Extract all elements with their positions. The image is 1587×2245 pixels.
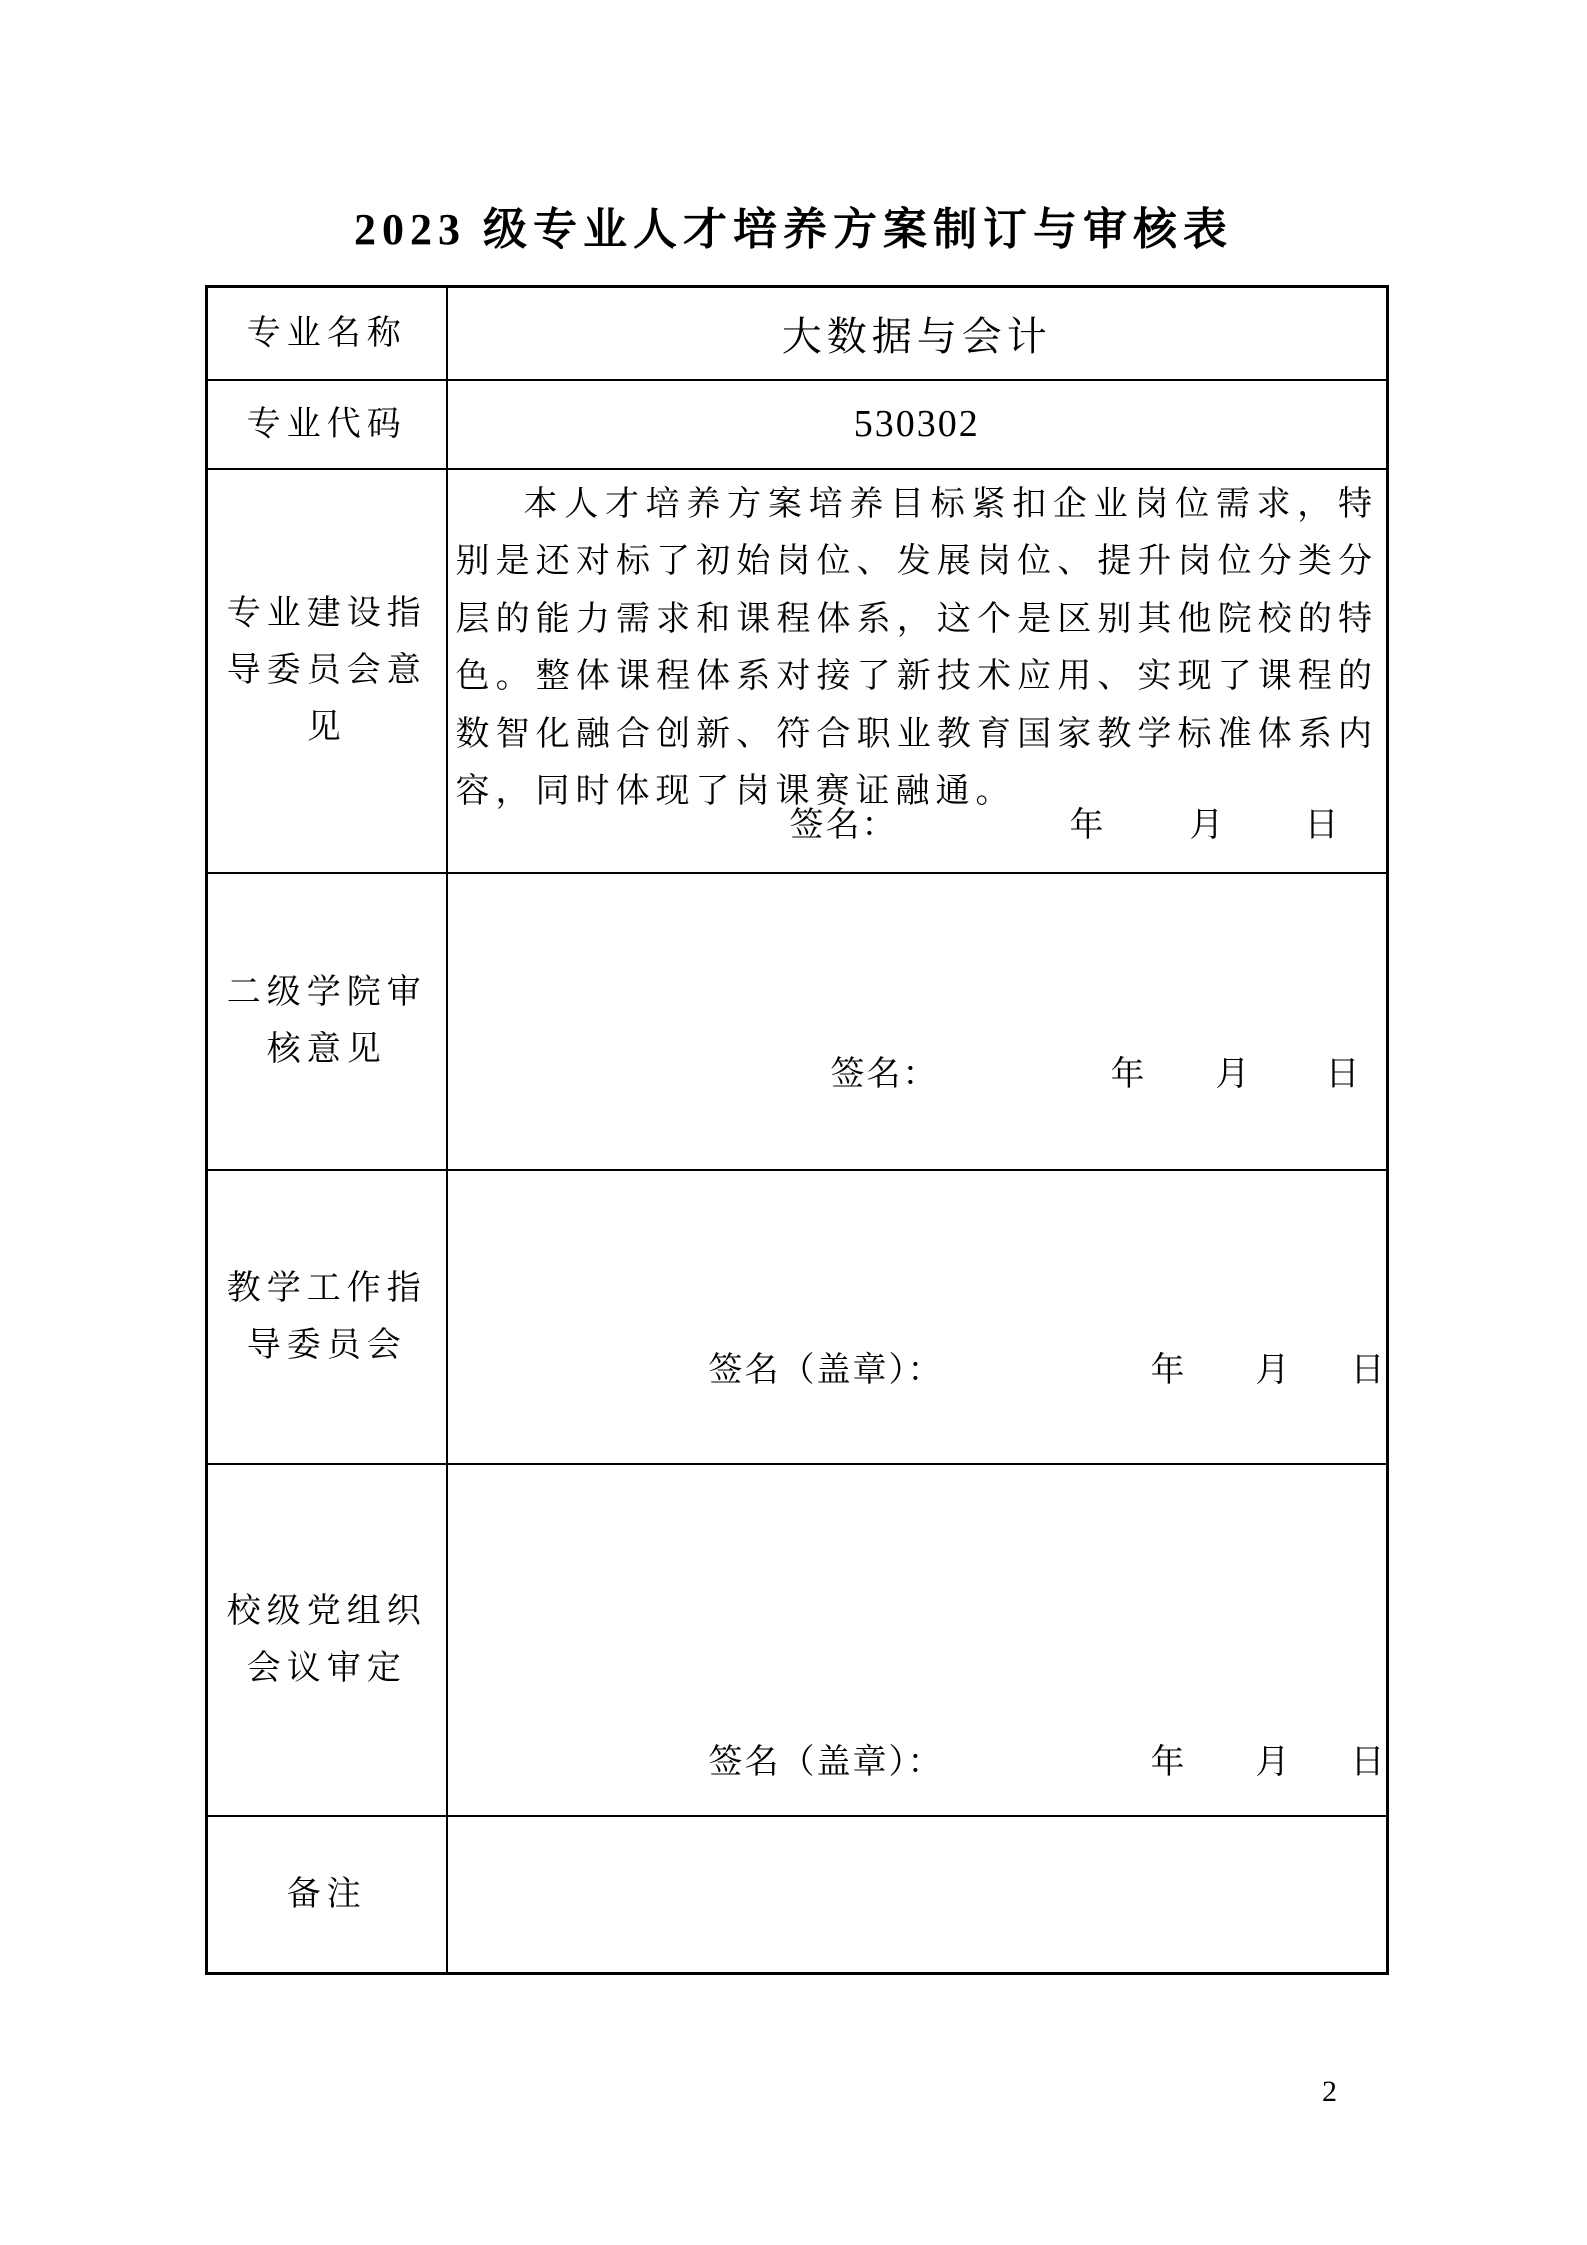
day-label: 日: [1351, 1351, 1387, 1391]
signature-label: 签名：: [831, 1055, 939, 1095]
opinion-line: 数智化融合创新、符合职业教育国家教学标准体系内: [456, 706, 1379, 764]
page-title: 2023 级专业人才培养方案制订与审核表: [0, 193, 1587, 257]
party-approval-label: 校级党组织会议审定: [207, 1464, 447, 1816]
teaching-committee-cell: 签名（盖章）： 年 月 日: [447, 1170, 1388, 1464]
month-label: 月: [1256, 1743, 1292, 1783]
table-row: 教学工作指导委员会 签名（盖章）： 年 月 日: [207, 1170, 1388, 1464]
college-review-cell: 签名： 年 月 日: [447, 873, 1388, 1170]
opinion-paragraph: 本人才培养方案培养目标紧扣企业岗位需求，特 别是还对标了初始岗位、发展岗位、提升…: [448, 470, 1387, 821]
signature-label: 签名：: [790, 806, 898, 846]
party-approval-cell: 签名（盖章）： 年 月 日: [447, 1464, 1388, 1816]
college-review-label: 二级学院审核意见: [207, 873, 447, 1170]
signature-label: 签名（盖章）：: [709, 1351, 944, 1391]
year-label: 年: [1151, 1351, 1187, 1391]
table-row: 专业建设指导委员会意见 本人才培养方案培养目标紧扣企业岗位需求，特 别是还对标了…: [207, 469, 1388, 873]
opinion-line: 本人才培养方案培养目标紧扣企业岗位需求，特: [456, 476, 1379, 534]
review-form-table: 专业名称 大数据与会计 专业代码 530302 专业建设指导委员会意见 本人才培…: [205, 285, 1389, 1975]
month-label: 月: [1256, 1351, 1292, 1391]
table-row: 二级学院审核意见 签名： 年 月 日: [207, 873, 1388, 1170]
major-name-label: 专业名称: [207, 287, 447, 380]
page-number: 2: [1322, 2075, 1337, 2109]
teaching-committee-label: 教学工作指导委员会: [207, 1170, 447, 1464]
opinion-line: 色。整体课程体系对接了新技术应用、实现了课程的: [456, 648, 1379, 706]
major-name-value: 大数据与会计: [447, 287, 1388, 380]
remarks-value-cell: [447, 1816, 1388, 1974]
month-label: 月: [1216, 1055, 1252, 1095]
table-row: 备注: [207, 1816, 1388, 1974]
year-label: 年: [1111, 1055, 1147, 1095]
table-row: 专业名称 大数据与会计: [207, 287, 1388, 380]
document-page: 2023 级专业人才培养方案制订与审核表 专业名称 大数据与会计 专业代码 53…: [0, 0, 1587, 2245]
signature-line: 签名： 年 月 日: [448, 806, 1387, 846]
table-row: 校级党组织会议审定 签名（盖章）： 年 月 日: [207, 1464, 1388, 1816]
opinion-line: 层的能力需求和课程体系，这个是区别其他院校的特: [456, 591, 1379, 649]
major-code-label: 专业代码: [207, 380, 447, 469]
major-code-value: 530302: [447, 380, 1388, 469]
signature-line: 签名（盖章）： 年 月 日: [448, 1743, 1387, 1783]
table-row: 专业代码 530302: [207, 380, 1388, 469]
month-label: 月: [1190, 806, 1226, 846]
opinion-line: 别是还对标了初始岗位、发展岗位、提升岗位分类分: [456, 533, 1379, 591]
day-label: 日: [1326, 1055, 1362, 1095]
year-label: 年: [1070, 806, 1106, 846]
committee-opinion-label: 专业建设指导委员会意见: [207, 469, 447, 873]
signature-line: 签名（盖章）： 年 月 日: [448, 1351, 1387, 1391]
day-label: 日: [1351, 1743, 1387, 1783]
day-label: 日: [1305, 806, 1341, 846]
year-label: 年: [1151, 1743, 1187, 1783]
committee-opinion-cell: 本人才培养方案培养目标紧扣企业岗位需求，特 别是还对标了初始岗位、发展岗位、提升…: [447, 469, 1388, 873]
signature-line: 签名： 年 月 日: [448, 1055, 1387, 1095]
remarks-label: 备注: [207, 1816, 447, 1974]
signature-label: 签名（盖章）：: [709, 1743, 944, 1783]
